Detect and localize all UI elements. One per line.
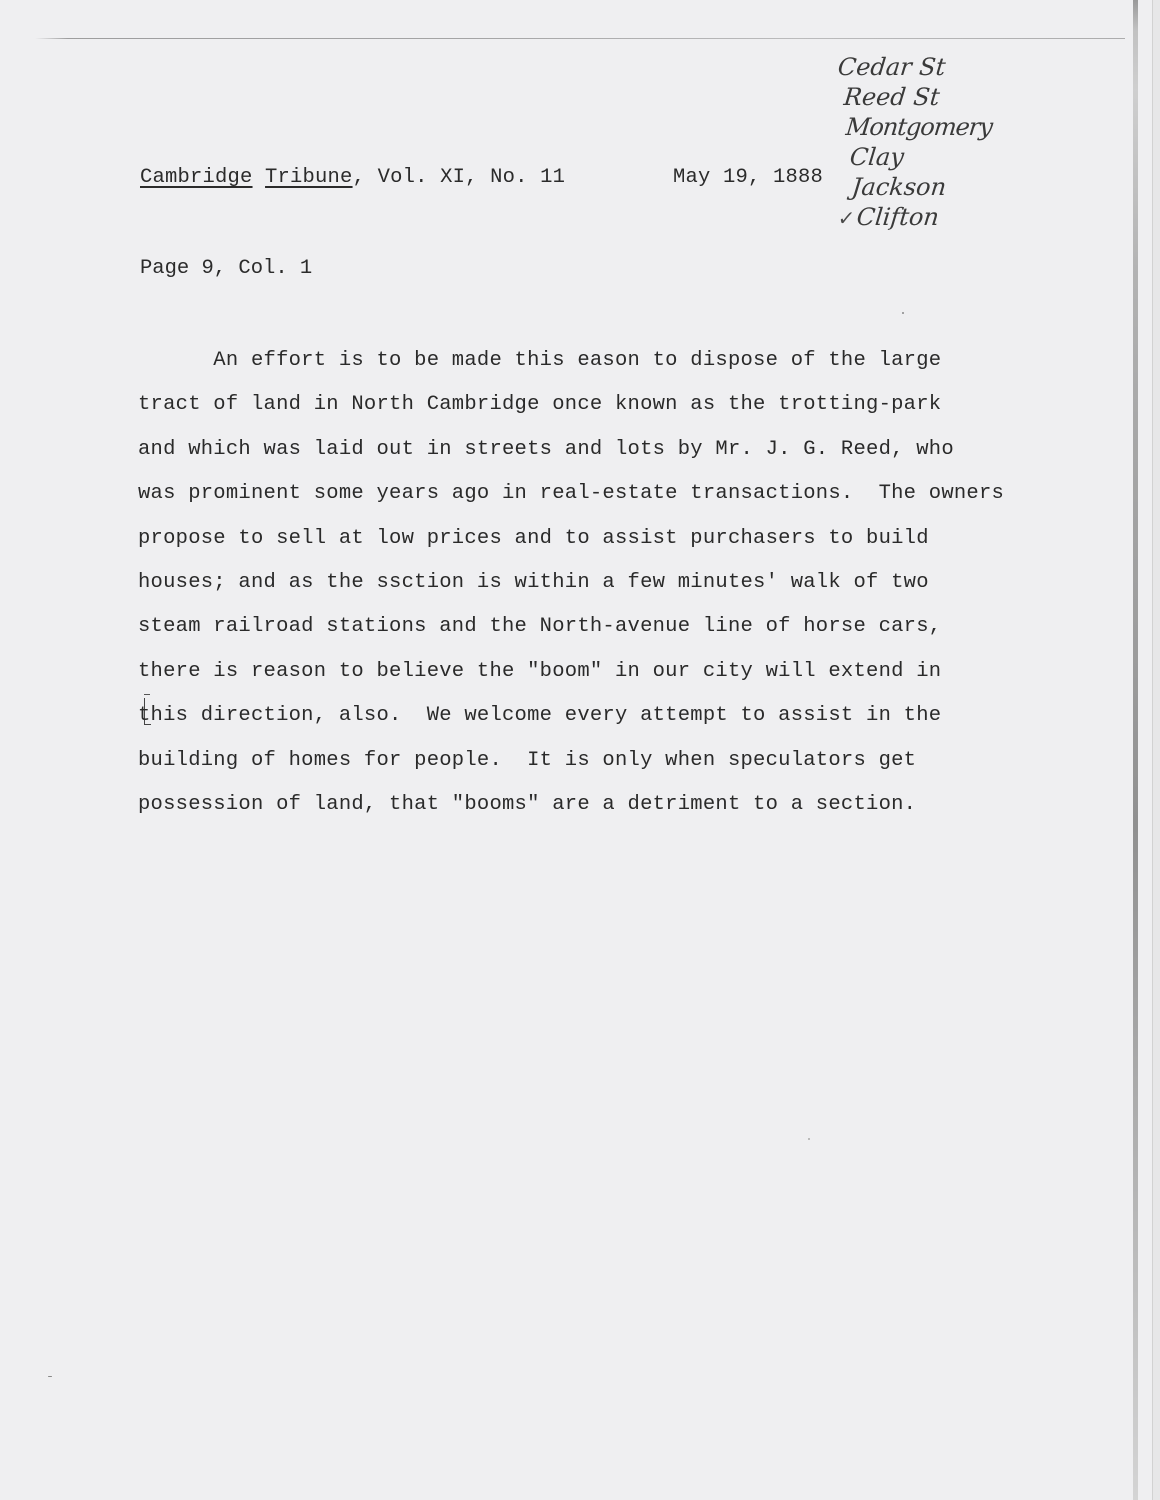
- handwritten-note: Reed St: [842, 82, 1059, 112]
- handwritten-street-list: Cedar St Reed St Montgomery Clay Jackson…: [838, 52, 1058, 233]
- body-line: An effort is to be made this eason to di…: [138, 347, 1098, 391]
- handwritten-note-checked: ✓Clifton: [836, 202, 1059, 233]
- scanned-page: Cedar St Reed St Montgomery Clay Jackson…: [0, 0, 1160, 1500]
- volume-issue: , Vol. XI, No. 11: [353, 166, 566, 189]
- body-line: there is reason to believe the "boom" in…: [138, 658, 1098, 702]
- handwritten-note: Montgomery: [844, 112, 1059, 142]
- body-line: possession of land, that "booms" are a d…: [138, 791, 1098, 835]
- body-line: steam railroad stations and the North-av…: [138, 613, 1098, 657]
- paper-speck: [902, 312, 904, 314]
- check-mark-icon: ✓: [836, 203, 856, 233]
- body-line: was prominent some years ago in real-est…: [138, 480, 1098, 524]
- body-line: this direction, also. We welcome every a…: [138, 702, 1098, 746]
- paper-speck: [808, 1138, 810, 1140]
- publication-name-part1: Cambridge: [140, 166, 253, 189]
- body-line: building of homes for people. It is only…: [138, 747, 1098, 791]
- paper-speck: [48, 1376, 52, 1377]
- body-line: and which was laid out in streets and lo…: [138, 436, 1098, 480]
- publication-name-part2: Tribune: [265, 166, 353, 189]
- scan-edge-shadow: [1133, 0, 1138, 1500]
- handwritten-note: Cedar St: [836, 52, 1059, 82]
- handwritten-note: Clay: [848, 142, 1059, 172]
- page-right-edge: [1152, 0, 1160, 1500]
- page-column-reference: Page 9, Col. 1: [140, 257, 312, 280]
- body-line: houses; and as the ssction is within a f…: [138, 569, 1098, 613]
- body-line: propose to sell at low prices and to ass…: [138, 525, 1098, 569]
- publication-date: May 19, 1888: [673, 166, 823, 189]
- handwritten-note: Clifton: [855, 203, 940, 231]
- top-rule-line: [35, 38, 1125, 39]
- article-body: An effort is to be made this eason to di…: [138, 347, 1098, 835]
- handwritten-note: Jackson: [850, 172, 1059, 202]
- body-line: tract of land in North Cambridge once kn…: [138, 391, 1098, 435]
- citation-header: Cambridge Tribune, Vol. XI, No. 11: [140, 166, 565, 189]
